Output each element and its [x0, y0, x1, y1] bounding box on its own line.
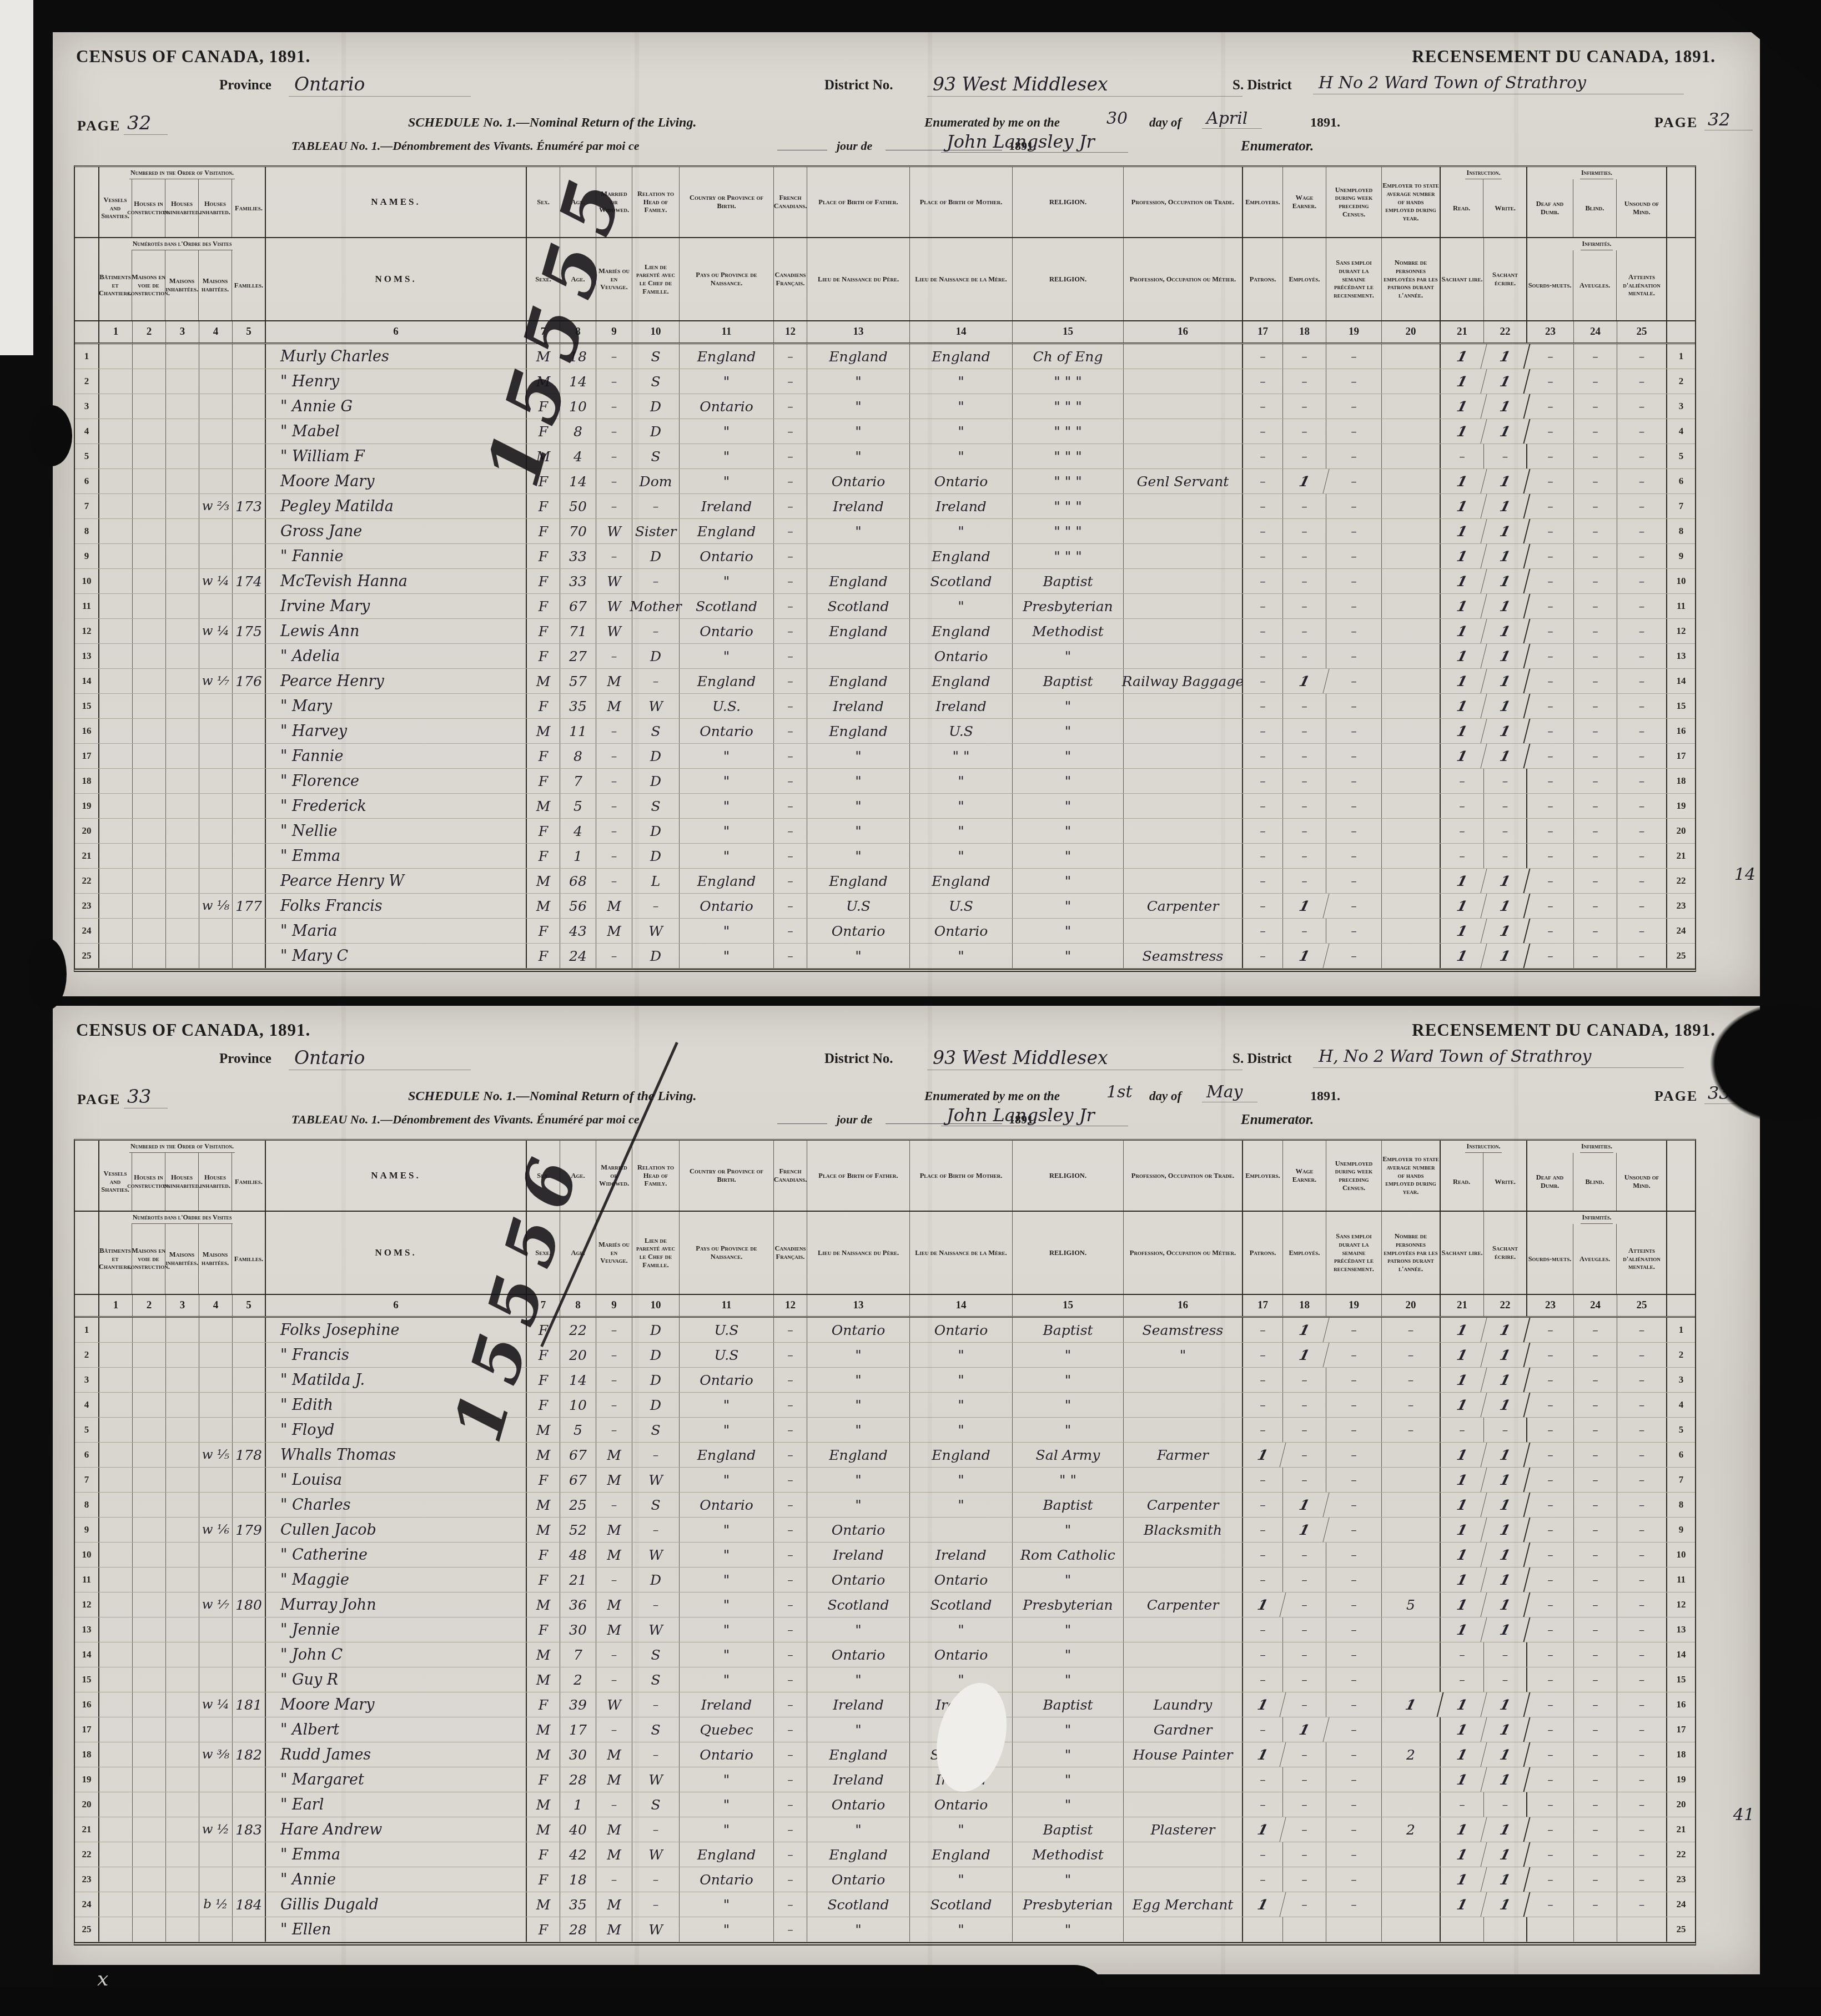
name-cell: " Fannie: [266, 544, 527, 568]
cell: –: [1326, 1518, 1382, 1542]
cell: –: [774, 1692, 807, 1717]
record-row: 24" MariaF43MW"–OntarioOntario"–––11–––2…: [75, 919, 1695, 944]
cell: –: [1617, 869, 1667, 893]
cell: –: [1527, 619, 1574, 643]
cell: Presbyterian: [1013, 594, 1124, 618]
cell: 33: [560, 544, 596, 568]
cell: –: [1326, 669, 1382, 693]
cell: [233, 469, 266, 493]
cell: [99, 419, 133, 443]
cell: Farmer: [1124, 1443, 1243, 1467]
record-row: 3" Annie GF10–DOntario–""" " "–––11–––3: [75, 394, 1695, 419]
cell: [99, 1393, 133, 1417]
cell: [1382, 844, 1441, 868]
title-french: RECENSEMENT DU CANADA, 1891.: [1412, 47, 1716, 67]
cell: [166, 544, 199, 568]
cell: –: [632, 569, 680, 593]
record-row: 10w ¼174McTevish HannaF33W–"–EnglandScot…: [75, 569, 1695, 594]
cell: ": [807, 1717, 910, 1742]
cell: 48: [560, 1543, 596, 1567]
cell: –: [1326, 1343, 1382, 1367]
cell: –: [1243, 1393, 1283, 1417]
cell: England: [910, 344, 1013, 369]
cell: [1124, 1418, 1243, 1442]
column-header: Sex.: [527, 1141, 560, 1211]
cell: [1382, 669, 1441, 693]
cell: [1382, 1767, 1441, 1792]
cell: [99, 1817, 133, 1842]
cell: –: [1527, 1792, 1574, 1817]
cell: 179: [233, 1518, 266, 1542]
row-number: 6: [75, 1443, 99, 1467]
cell: 1: [1481, 719, 1531, 743]
cell: Ireland: [910, 1767, 1013, 1792]
cell: [166, 1692, 199, 1717]
cell: –: [1527, 744, 1574, 768]
enumeration-month: April: [1202, 109, 1262, 129]
cell: –: [1283, 594, 1326, 618]
cell: [233, 694, 266, 718]
cell: –: [1283, 1443, 1326, 1467]
column-number: 4: [199, 321, 233, 342]
cell: –: [1243, 1642, 1283, 1667]
cell: –: [1283, 1568, 1326, 1592]
row-number: 25: [75, 944, 99, 968]
column-group-title: Numérotés dans l'Ordre des Visites: [132, 1212, 233, 1224]
house-mark-cell: b ½: [199, 1892, 233, 1917]
column-number: 17: [1243, 1295, 1283, 1316]
cell: –: [1283, 1892, 1326, 1917]
cell: –: [1243, 369, 1283, 394]
cell: 67: [560, 1468, 596, 1492]
record-row: 16w ¼181Moore MaryF39W–Ireland–IrelandIr…: [75, 1692, 1695, 1717]
cell: 1: [1438, 569, 1487, 593]
column-group-title: Numbered in the Order of Visitation.: [129, 1141, 235, 1153]
cell: [1382, 1568, 1441, 1592]
cell: F: [527, 644, 560, 668]
cell: [99, 469, 133, 493]
name-cell: " Henry: [266, 369, 527, 394]
cell: –: [1617, 919, 1667, 943]
cell: [1382, 869, 1441, 893]
cell: –: [1243, 1518, 1283, 1542]
cell: –: [1484, 1667, 1527, 1692]
cell: [166, 1318, 199, 1342]
cell: Scotland: [910, 1592, 1013, 1617]
column-header: Sachant lire.: [1441, 1212, 1484, 1294]
column-header: Sans emploi durant la semaine précédant …: [1326, 238, 1382, 320]
cell: –: [1617, 1318, 1667, 1342]
cell: 5: [560, 1418, 596, 1442]
row-number-header: [1667, 1212, 1695, 1294]
cell: –: [596, 644, 632, 668]
cell: Ireland: [680, 494, 774, 518]
record-row: 8Gross JaneF70WSisterEngland–""" " "–––1…: [75, 519, 1695, 544]
row-number: 25: [1667, 1917, 1695, 1942]
cell: [166, 894, 199, 918]
cell: 1: [1438, 1543, 1487, 1567]
cell: [1124, 494, 1243, 518]
cell: [133, 1767, 166, 1792]
cell: [99, 769, 133, 793]
cell: –: [1617, 394, 1667, 419]
cell: F: [527, 419, 560, 443]
row-number-header: [75, 1212, 99, 1294]
name-cell: Murray John: [266, 1592, 527, 1617]
cell: [166, 1592, 199, 1617]
house-mark-cell: w ⅐: [199, 1592, 233, 1617]
row-number: 13: [1667, 1617, 1695, 1642]
record-row: 19" MargaretF28MW"–IrelandIreland"–––11–…: [75, 1767, 1695, 1792]
cell: Ireland: [807, 694, 910, 718]
cell: [133, 719, 166, 743]
cell: –: [1243, 419, 1283, 443]
cell: –: [596, 494, 632, 518]
house-mark-cell: [199, 694, 233, 718]
column-number: 2: [133, 1295, 166, 1316]
cell: –: [774, 944, 807, 968]
column-number: 22: [1484, 1295, 1527, 1316]
cell: Ireland: [807, 1692, 910, 1717]
cell: 42: [560, 1842, 596, 1867]
cell: –: [1574, 1867, 1617, 1892]
cell: [1574, 1917, 1617, 1942]
cell: U.S: [680, 1343, 774, 1367]
cell: ": [1013, 1767, 1124, 1792]
cell: [133, 1393, 166, 1417]
cell: W: [596, 619, 632, 643]
cell: [166, 869, 199, 893]
cell: Sal Army: [1013, 1443, 1124, 1467]
column-header: Married or Widowed.: [596, 1141, 632, 1211]
cell: –: [1617, 369, 1667, 394]
cell: ": [680, 444, 774, 468]
cell: " " ": [1013, 544, 1124, 568]
row-number: 10: [1667, 569, 1695, 593]
cell: 1: [1481, 1892, 1531, 1917]
cell: ": [910, 1468, 1013, 1492]
cell: –: [774, 1493, 807, 1517]
cell: ": [807, 769, 910, 793]
cell: –: [1574, 369, 1617, 394]
cell: –: [1283, 1767, 1326, 1792]
cell: –: [1326, 1692, 1382, 1717]
cell: –: [1527, 369, 1574, 394]
row-number: 23: [75, 1867, 99, 1892]
cell: –: [1382, 1418, 1441, 1442]
cell: ": [910, 1817, 1013, 1842]
cell: ": [1013, 944, 1124, 968]
cell: [133, 744, 166, 768]
enumeration-month: May: [1202, 1082, 1257, 1102]
column-header: Place of Birth of Mother.: [910, 1141, 1013, 1211]
cell: Ontario: [910, 1568, 1013, 1592]
cell: 1: [1481, 744, 1531, 768]
cell: –: [1527, 469, 1574, 493]
cell: –: [1326, 369, 1382, 394]
house-mark-cell: [199, 1368, 233, 1392]
cell: [233, 1543, 266, 1567]
column-header: Profession, Occupation ou Métier.: [1124, 1212, 1243, 1294]
cell: –: [774, 619, 807, 643]
cell: –: [596, 1393, 632, 1417]
cell: [99, 744, 133, 768]
name-cell: Rudd James: [266, 1742, 527, 1767]
cell: –: [774, 444, 807, 468]
cell: 1: [1438, 869, 1487, 893]
cell: 52: [560, 1518, 596, 1542]
column-number: 25: [1617, 321, 1667, 342]
cell: –: [774, 1917, 807, 1942]
house-mark-cell: [199, 469, 233, 493]
cell: –: [1574, 1468, 1617, 1492]
cell: F: [527, 1468, 560, 1492]
cell: –: [1326, 1543, 1382, 1567]
cell: Baptist: [1013, 1692, 1124, 1717]
cell: 1: [1438, 344, 1487, 369]
cell: [133, 769, 166, 793]
cell: [1382, 1468, 1441, 1492]
cell: " " ": [1013, 469, 1124, 493]
column-header: Place of Birth of Mother.: [910, 167, 1013, 237]
cell: [1124, 344, 1243, 369]
column-number: 18: [1283, 321, 1326, 342]
cell: [166, 1767, 199, 1792]
cell: [133, 669, 166, 693]
record-row: 15" MaryF35MWU.S.–IrelandIreland"–––11––…: [75, 694, 1695, 719]
cell: ": [680, 844, 774, 868]
cell: 182: [233, 1742, 266, 1767]
row-number: 6: [75, 469, 99, 493]
cell: Rom Catholic: [1013, 1543, 1124, 1567]
column-number: 14: [910, 321, 1013, 342]
cell: –: [774, 1318, 807, 1342]
district-value: 93 West Middlesex: [927, 73, 1242, 97]
row-number: 1: [1667, 344, 1695, 369]
cell: D: [632, 744, 680, 768]
subdistrict-label: S. District: [1233, 1051, 1292, 1067]
column-header: Write.: [1483, 1153, 1527, 1211]
cell: [1382, 1867, 1441, 1892]
cell: M: [527, 794, 560, 818]
cell: –: [632, 1867, 680, 1892]
cell: [99, 1642, 133, 1667]
cell: [1124, 694, 1243, 718]
cell: –: [774, 1767, 807, 1792]
cell: –: [1617, 444, 1667, 468]
cell: [1527, 1917, 1574, 1942]
cell: ": [680, 1817, 774, 1842]
cell: –: [1617, 1493, 1667, 1517]
cell: 1: [1438, 669, 1487, 693]
cell: [133, 494, 166, 518]
row-number: 20: [1667, 819, 1695, 843]
cell: M: [527, 369, 560, 394]
cell: [166, 1917, 199, 1942]
cell: [133, 1568, 166, 1592]
column-number: 21: [1441, 1295, 1484, 1316]
cell: [233, 394, 266, 419]
record-row: 13" JennieF30MW"–"""–––11–––13: [75, 1617, 1695, 1642]
cell: [910, 1518, 1013, 1542]
cell: –: [1574, 594, 1617, 618]
row-number-header: [75, 167, 99, 237]
cell: [166, 1468, 199, 1492]
cell: [233, 644, 266, 668]
cell: 1: [1240, 1742, 1286, 1767]
row-number: 17: [1667, 744, 1695, 768]
cell: [166, 1418, 199, 1442]
cell: 21: [560, 1568, 596, 1592]
cell: Egg Merchant: [1124, 1892, 1243, 1917]
cell: ": [1013, 1717, 1124, 1742]
cell: –: [1326, 869, 1382, 893]
cell: [1382, 1917, 1441, 1942]
cell: [99, 1368, 133, 1392]
cell: M: [596, 669, 632, 693]
cell: [1124, 1617, 1243, 1642]
schedule-title-fr: TABLEAU No. 1.—Dénombrement des Vivants.…: [291, 1112, 639, 1127]
cell: [133, 394, 166, 419]
cell: –: [1527, 944, 1574, 968]
cell: –: [1574, 444, 1617, 468]
cell: –: [774, 1468, 807, 1492]
enumerator-signature: John Langsley Jr: [941, 1105, 1128, 1126]
cell: –: [1326, 419, 1382, 443]
cell: –: [1617, 1892, 1667, 1917]
column-header: Houses uninhabited.: [165, 179, 199, 237]
row-number: 7: [1667, 494, 1695, 518]
cell: –: [1326, 1568, 1382, 1592]
cell: [166, 1667, 199, 1692]
column-header: RELIGION.: [1013, 167, 1124, 237]
column-group-title: Infirmités.: [1581, 1212, 1612, 1224]
page-number-right: 33: [1704, 1082, 1753, 1104]
cell: [99, 719, 133, 743]
house-mark-cell: [199, 344, 233, 369]
cell: F: [527, 594, 560, 618]
cell: [99, 1418, 133, 1442]
cell: –: [1574, 1393, 1617, 1417]
cell: –: [1484, 1642, 1527, 1667]
cell: [1382, 919, 1441, 943]
cell: –: [774, 894, 807, 918]
column-header: Place of Birth of Father.: [807, 167, 910, 237]
cell: 1: [1481, 1817, 1531, 1842]
row-number: 25: [75, 1917, 99, 1942]
cell: –: [1326, 1717, 1382, 1742]
cell: 1: [1481, 469, 1531, 493]
cell: 43: [560, 919, 596, 943]
cell: –: [632, 894, 680, 918]
cell: –: [1574, 1568, 1617, 1592]
cell: [133, 1468, 166, 1492]
cell: ": [1013, 844, 1124, 868]
house-mark-cell: [199, 1767, 233, 1792]
cell: –: [1243, 1767, 1283, 1792]
cell: –: [1527, 1568, 1574, 1592]
row-number: 16: [75, 1692, 99, 1717]
cell: F: [527, 744, 560, 768]
cell: –: [1243, 1617, 1283, 1642]
column-number: 15: [1013, 321, 1124, 342]
cell: –: [1527, 1817, 1574, 1842]
cell: 1: [1481, 944, 1531, 968]
column-header: Familles.: [232, 250, 265, 320]
cell: Baptist: [1013, 1318, 1124, 1342]
column-number: 20: [1382, 1295, 1441, 1316]
cell: [1382, 1543, 1441, 1567]
column-header: RELIGION.: [1013, 1141, 1124, 1211]
cell: –: [1574, 1767, 1617, 1792]
column-number: 10: [632, 321, 680, 342]
cell: –: [1243, 594, 1283, 618]
cell: ": [1013, 1867, 1124, 1892]
cell: –: [1243, 469, 1283, 493]
cell: England: [680, 1842, 774, 1867]
cell: –: [1527, 1592, 1574, 1617]
row-number: 4: [1667, 1393, 1695, 1417]
cell: –: [1243, 544, 1283, 568]
cell: –: [596, 794, 632, 818]
name-cell: " Adelia: [266, 644, 527, 668]
cell: –: [1617, 1518, 1667, 1542]
cell: [99, 1568, 133, 1592]
cell: –: [774, 869, 807, 893]
cell: ": [910, 819, 1013, 843]
cell: 1: [1438, 1468, 1487, 1492]
cell: [1382, 744, 1441, 768]
name-cell: " Mary: [266, 694, 527, 718]
row-number: 2: [1667, 1343, 1695, 1367]
column-group-title: Infirmités.: [1581, 238, 1612, 250]
row-number: 16: [1667, 719, 1695, 743]
cell: ": [910, 419, 1013, 443]
census-page-32: CENSUS OF CANADA, 1891. RECENSEMENT DU C…: [53, 32, 1760, 996]
cell: 1: [1481, 1368, 1531, 1392]
row-number: 5: [1667, 1418, 1695, 1442]
cell: [133, 1617, 166, 1642]
column-header: Country or Province of Birth.: [680, 1141, 774, 1211]
cell: –: [1441, 1418, 1484, 1442]
cell: –: [1617, 419, 1667, 443]
column-number-row: 1234567891011121314151617181920212223242…: [75, 1295, 1695, 1318]
cell: –: [1617, 594, 1667, 618]
cell: 1: [1438, 744, 1487, 768]
cell: –: [1574, 419, 1617, 443]
cell: –: [1527, 694, 1574, 718]
column-number: 10: [632, 1295, 680, 1316]
record-row: 12w ¼175Lewis AnnF71W–Ontario–EnglandEng…: [75, 619, 1695, 644]
cell: [1124, 1468, 1243, 1492]
cell: –: [1617, 619, 1667, 643]
cell: ": [1013, 1642, 1124, 1667]
cell: –: [1326, 1742, 1382, 1767]
column-group-title: Numbered in the Order of Visitation.: [129, 167, 235, 179]
record-row: 13" AdeliaF27–D"–Ontario"–––11–––13: [75, 644, 1695, 669]
column-number: 18: [1283, 1295, 1326, 1316]
row-number: 9: [75, 544, 99, 568]
house-mark-cell: [199, 1493, 233, 1517]
column-header: Wage Earner.: [1283, 1141, 1326, 1211]
column-header: Nombre de personnes employées par les pa…: [1382, 1212, 1441, 1294]
cell: F: [527, 494, 560, 518]
cell: [1382, 644, 1441, 668]
cell: 1: [1481, 1468, 1531, 1492]
cell: –: [1617, 344, 1667, 369]
cell: D: [632, 1343, 680, 1367]
cell: M: [527, 1418, 560, 1442]
